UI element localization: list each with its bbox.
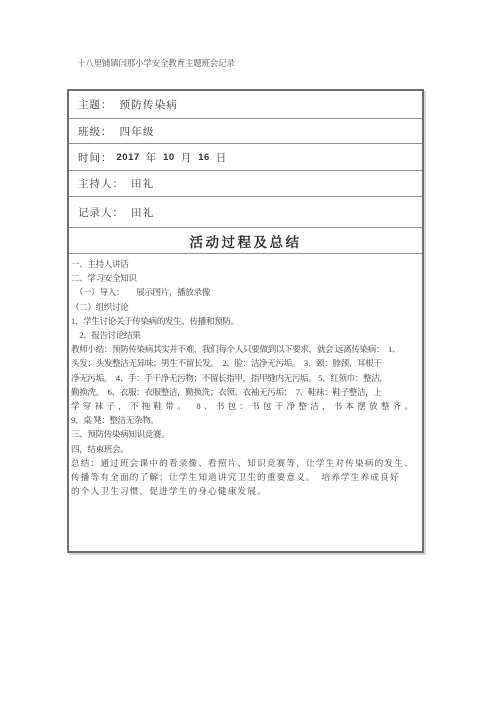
topic-value: 预防传染病	[120, 97, 179, 112]
content-line: 9、桌 凳：整洁无杂物。	[71, 413, 417, 427]
grade-value: 四年级	[120, 124, 155, 139]
field-row-recorder: 记录人： 田礼	[69, 197, 422, 228]
grade-label: 班级：	[78, 124, 113, 139]
field-row-host: 主持人： 田礼	[69, 171, 422, 197]
document-page: 十八里铺镇闫那小学安全教育主题班会记录 主题： 预防传染病 班级： 四年级 时间…	[0, 0, 500, 707]
time-month: 10	[163, 152, 175, 163]
host-value: 田礼	[131, 176, 154, 191]
field-row-grade: 班级： 四年级	[69, 119, 422, 144]
content-line: （二）组织讨论	[71, 300, 417, 314]
content-line: 三、预防传染病知识竞赛。	[71, 427, 417, 441]
content-line: 2、报告讨论结果	[71, 328, 417, 342]
content-line: 1、学生讨论关于传染病的发生、传播和预防。	[71, 314, 417, 328]
content-line: 学穿袜子，不拖鞋带。 8、书包：书包干净整洁，书本摆放整齐。	[71, 399, 417, 413]
record-table: 主题： 预防传染病 班级： 四年级 时间： 2017 年 10 月 16 日 主…	[67, 89, 424, 553]
time-day-unit: 日	[216, 150, 228, 165]
content-line: 总结：通过班会课中的看录像、看照片、知识竞赛等，让学生对传染病的发生、	[71, 456, 417, 470]
content-line: 净无污垢。 4、手：手干净无污物；不留长指甲，指甲缝内无污垢。 5、红领巾：整洁…	[71, 371, 417, 385]
section-header: 活动过程及总结	[69, 228, 422, 254]
topic-label: 主题：	[78, 97, 113, 112]
time-month-unit: 月	[181, 150, 193, 165]
host-label: 主持人：	[78, 176, 124, 191]
content-line: 一、主持人讲话	[71, 257, 417, 271]
doc-title: 十八里铺镇闫那小学安全教育主题班会记录	[77, 57, 235, 69]
content-line: 头发：头发整洁无异味；男生不留长发。 2、脸：洁净无污垢。 3、颈：脖颈、耳根干	[71, 356, 417, 370]
content-line: 的个人卫生习惯，促进学生的身心健康发展。	[71, 484, 417, 498]
time-label: 时间：	[78, 150, 113, 165]
time-year: 2017	[117, 152, 140, 163]
field-row-topic: 主题： 预防传染病	[69, 91, 422, 119]
content-line: 教师小结：预防传染病其实并不难，我们每个人只要做到以下要求，就会 远离传染病： …	[71, 342, 417, 356]
recorder-value: 田礼	[131, 205, 154, 220]
content-line: 四，结束班会。	[71, 442, 417, 456]
recorder-label: 记录人：	[78, 205, 124, 220]
content-line: 勤换洗。 6、衣服：衣服整洁，勤换洗；衣领、衣袖无污垢； 7、鞋袜：鞋子整洁，上	[71, 385, 417, 399]
content-line: 传播等有全面的了解；让学生知道讲究卫生的重要意义。 培养学生养成良好	[71, 470, 417, 484]
time-day: 16	[198, 152, 210, 163]
field-row-time: 时间： 2017 年 10 月 16 日	[69, 144, 422, 171]
time-year-unit: 年	[146, 150, 158, 165]
content-line: （一）导入： 展示图片，播放录像	[71, 285, 417, 299]
content-cell: 一、主持人讲话 二、学习安全知识 （一）导入： 展示图片，播放录像 （二）组织讨…	[69, 254, 422, 498]
content-line: 二、学习安全知识	[71, 271, 417, 285]
